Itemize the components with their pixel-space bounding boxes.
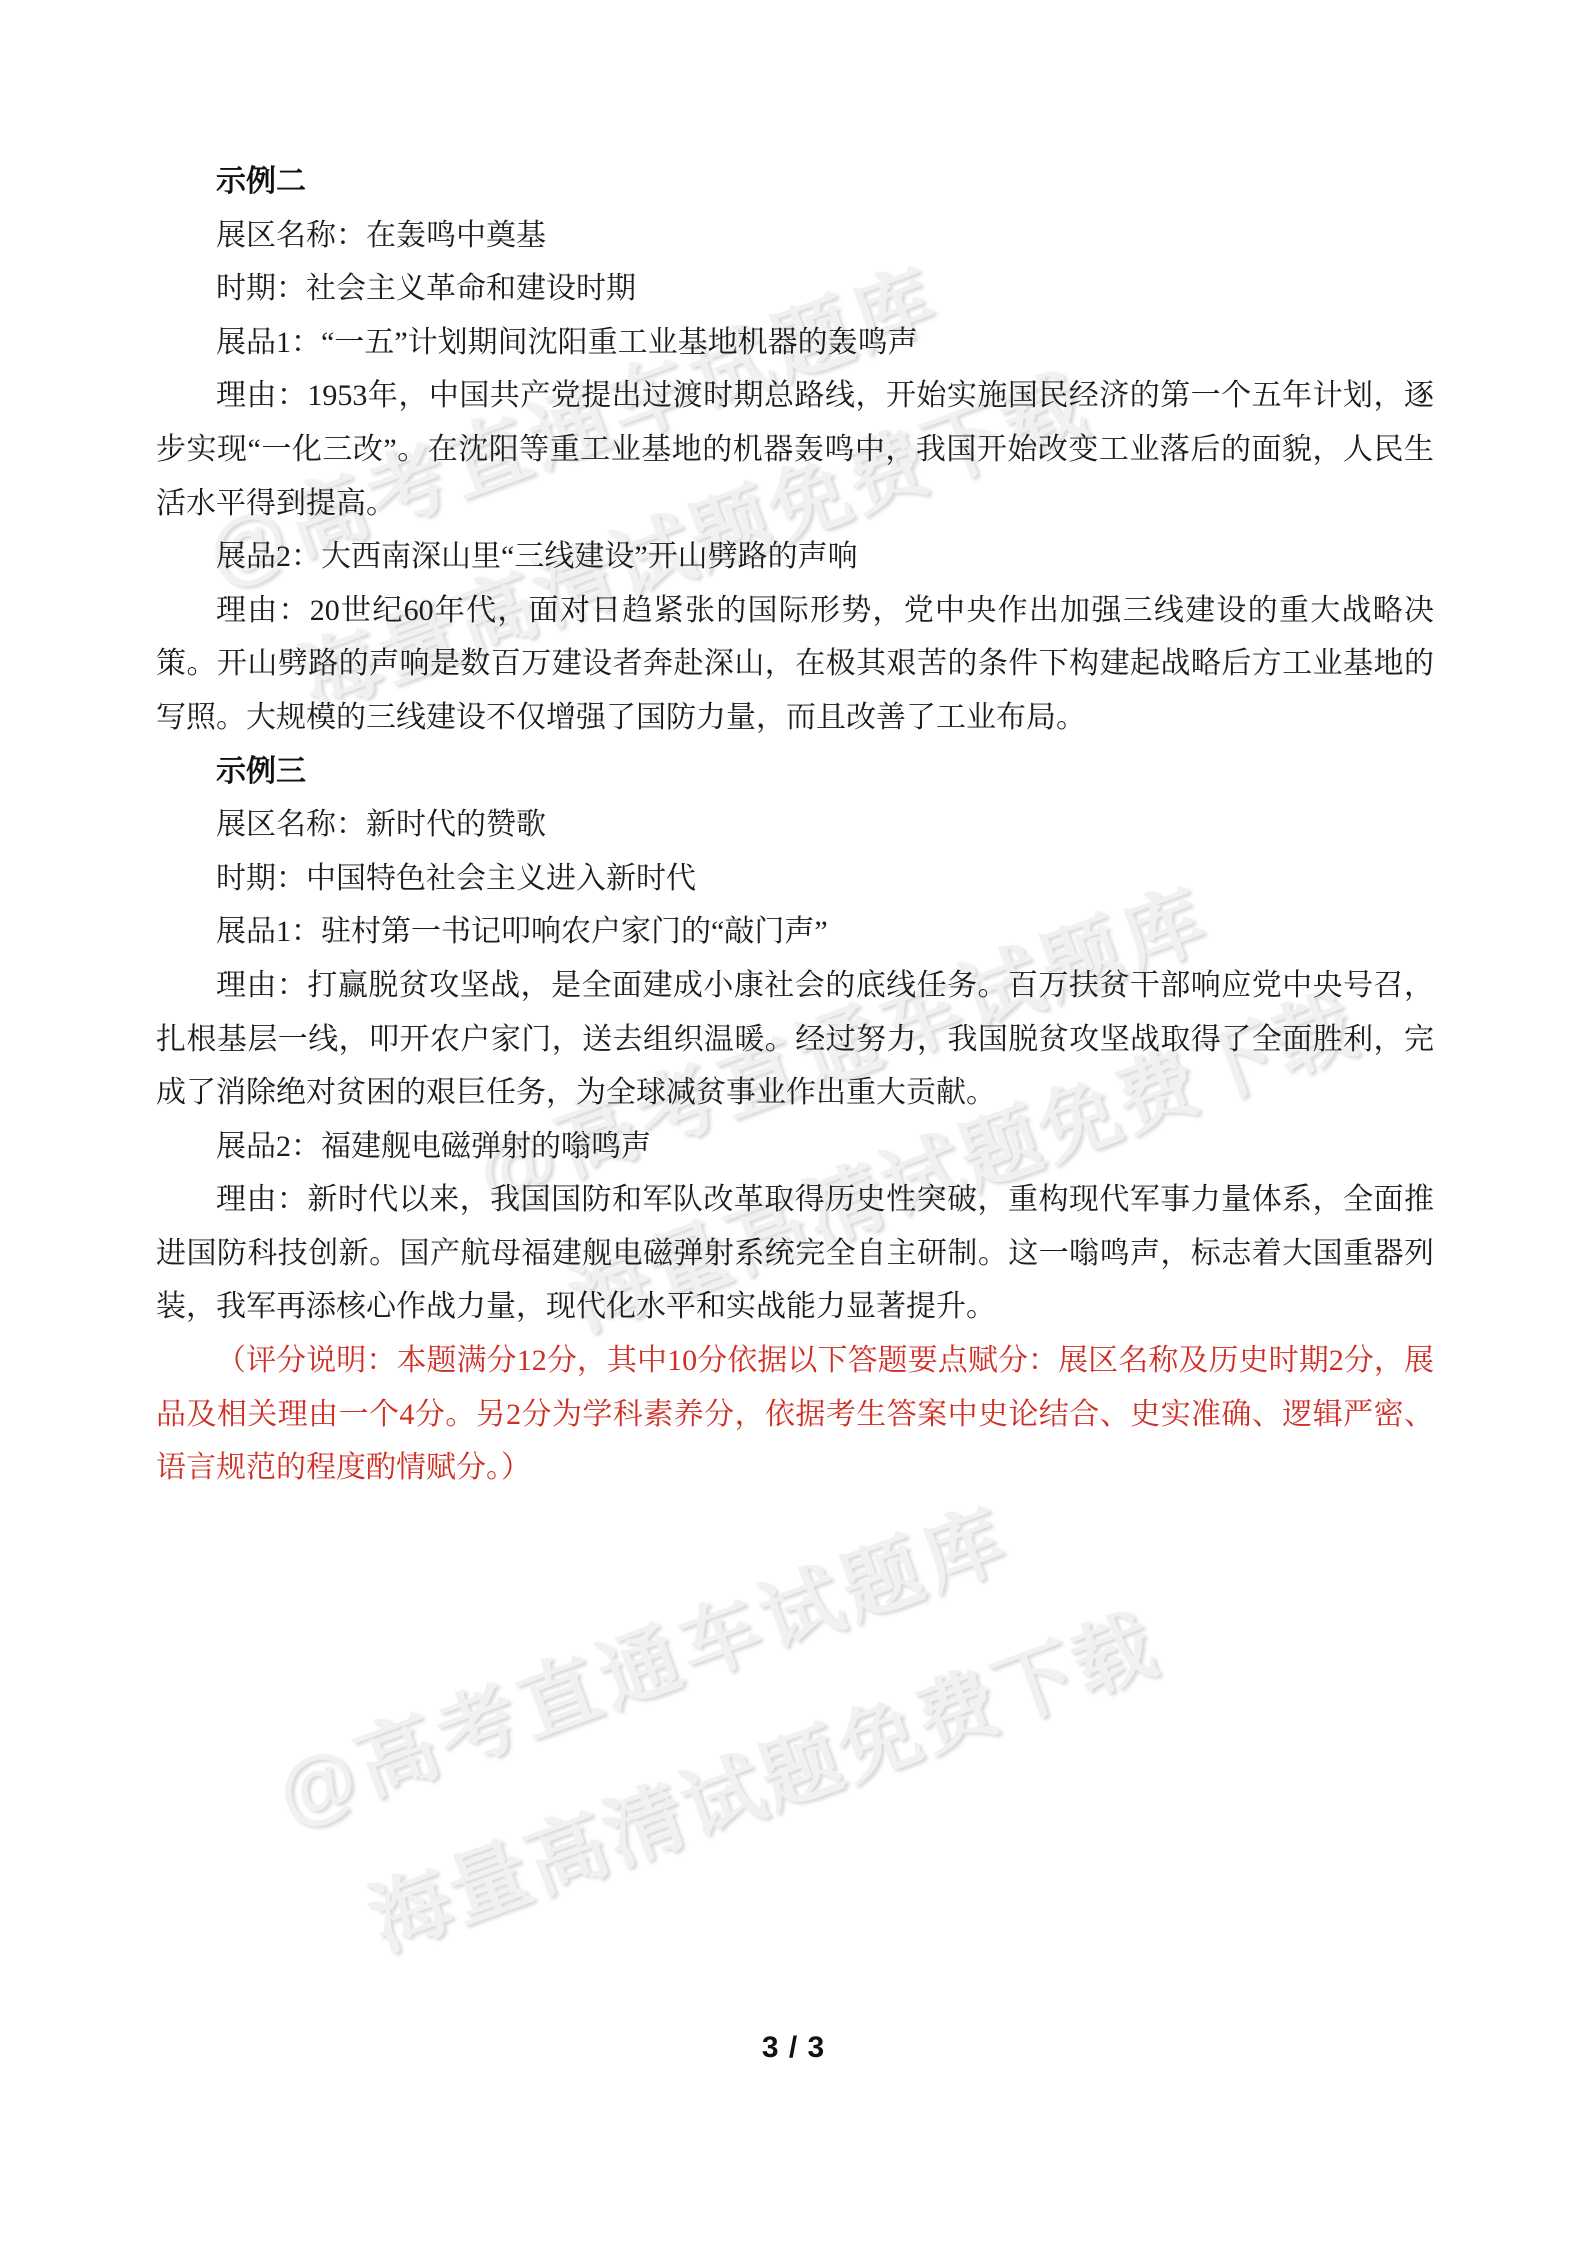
- watermark: @高考直通车试题库 海量高清试题免费下载: [255, 1430, 1179, 2011]
- example3-exhibit1: 展品1：驻村第一书记叩响农户家门的“敲门声”: [156, 905, 1434, 959]
- example3-reason1: 理由：打赢脱贫攻坚战，是全面建成小康社会的底线任务。百万扶贫干部响应党中央号召，…: [156, 959, 1434, 1120]
- example3-heading: 示例三: [156, 745, 1434, 799]
- document-content: 示例二 展区名称：在轰鸣中奠基 时期：社会主义革命和建设时期 展品1：“一五”计…: [156, 155, 1434, 1495]
- example2-zone-name: 展区名称：在轰鸣中奠基: [156, 209, 1434, 263]
- watermark-line2: 海量高清试题免费下载: [348, 1571, 1179, 1996]
- example2-exhibit2: 展品2：大西南深山里“三线建设”开山劈路的声响: [156, 530, 1434, 584]
- example2-period: 时期：社会主义革命和建设时期: [156, 262, 1434, 316]
- example2-heading: 示例二: [156, 155, 1434, 209]
- scoring-note: （评分说明：本题满分12分，其中10分依据以下答题要点赋分：展区名称及历史时期2…: [156, 1334, 1434, 1495]
- example3-exhibit2: 展品2：福建舰电磁弹射的嗡鸣声: [156, 1120, 1434, 1174]
- example3-zone-name: 展区名称：新时代的赞歌: [156, 798, 1434, 852]
- page-number: 3 / 3: [0, 2031, 1587, 2065]
- document-page: @高考直通车试题库 海量高清试题免费下载 @高考直通车试题库 海量高清试题免费下…: [0, 0, 1587, 2245]
- example2-exhibit1: 展品1：“一五”计划期间沈阳重工业基地机器的轰鸣声: [156, 316, 1434, 370]
- example3-reason2: 理由：新时代以来，我国国防和军队改革取得历史性突破，重构现代军事力量体系，全面推…: [156, 1173, 1434, 1334]
- example2-reason2: 理由：20世纪60年代，面对日趋紧张的国际形势，党中央作出加强三线建设的重大战略…: [156, 584, 1434, 745]
- watermark-line1: @高考直通车试题库: [255, 1430, 1128, 1870]
- example3-period: 时期：中国特色社会主义进入新时代: [156, 852, 1434, 906]
- example2-reason1: 理由：1953年，中国共产党提出过渡时期总路线，开始实施国民经济的第一个五年计划…: [156, 369, 1434, 530]
